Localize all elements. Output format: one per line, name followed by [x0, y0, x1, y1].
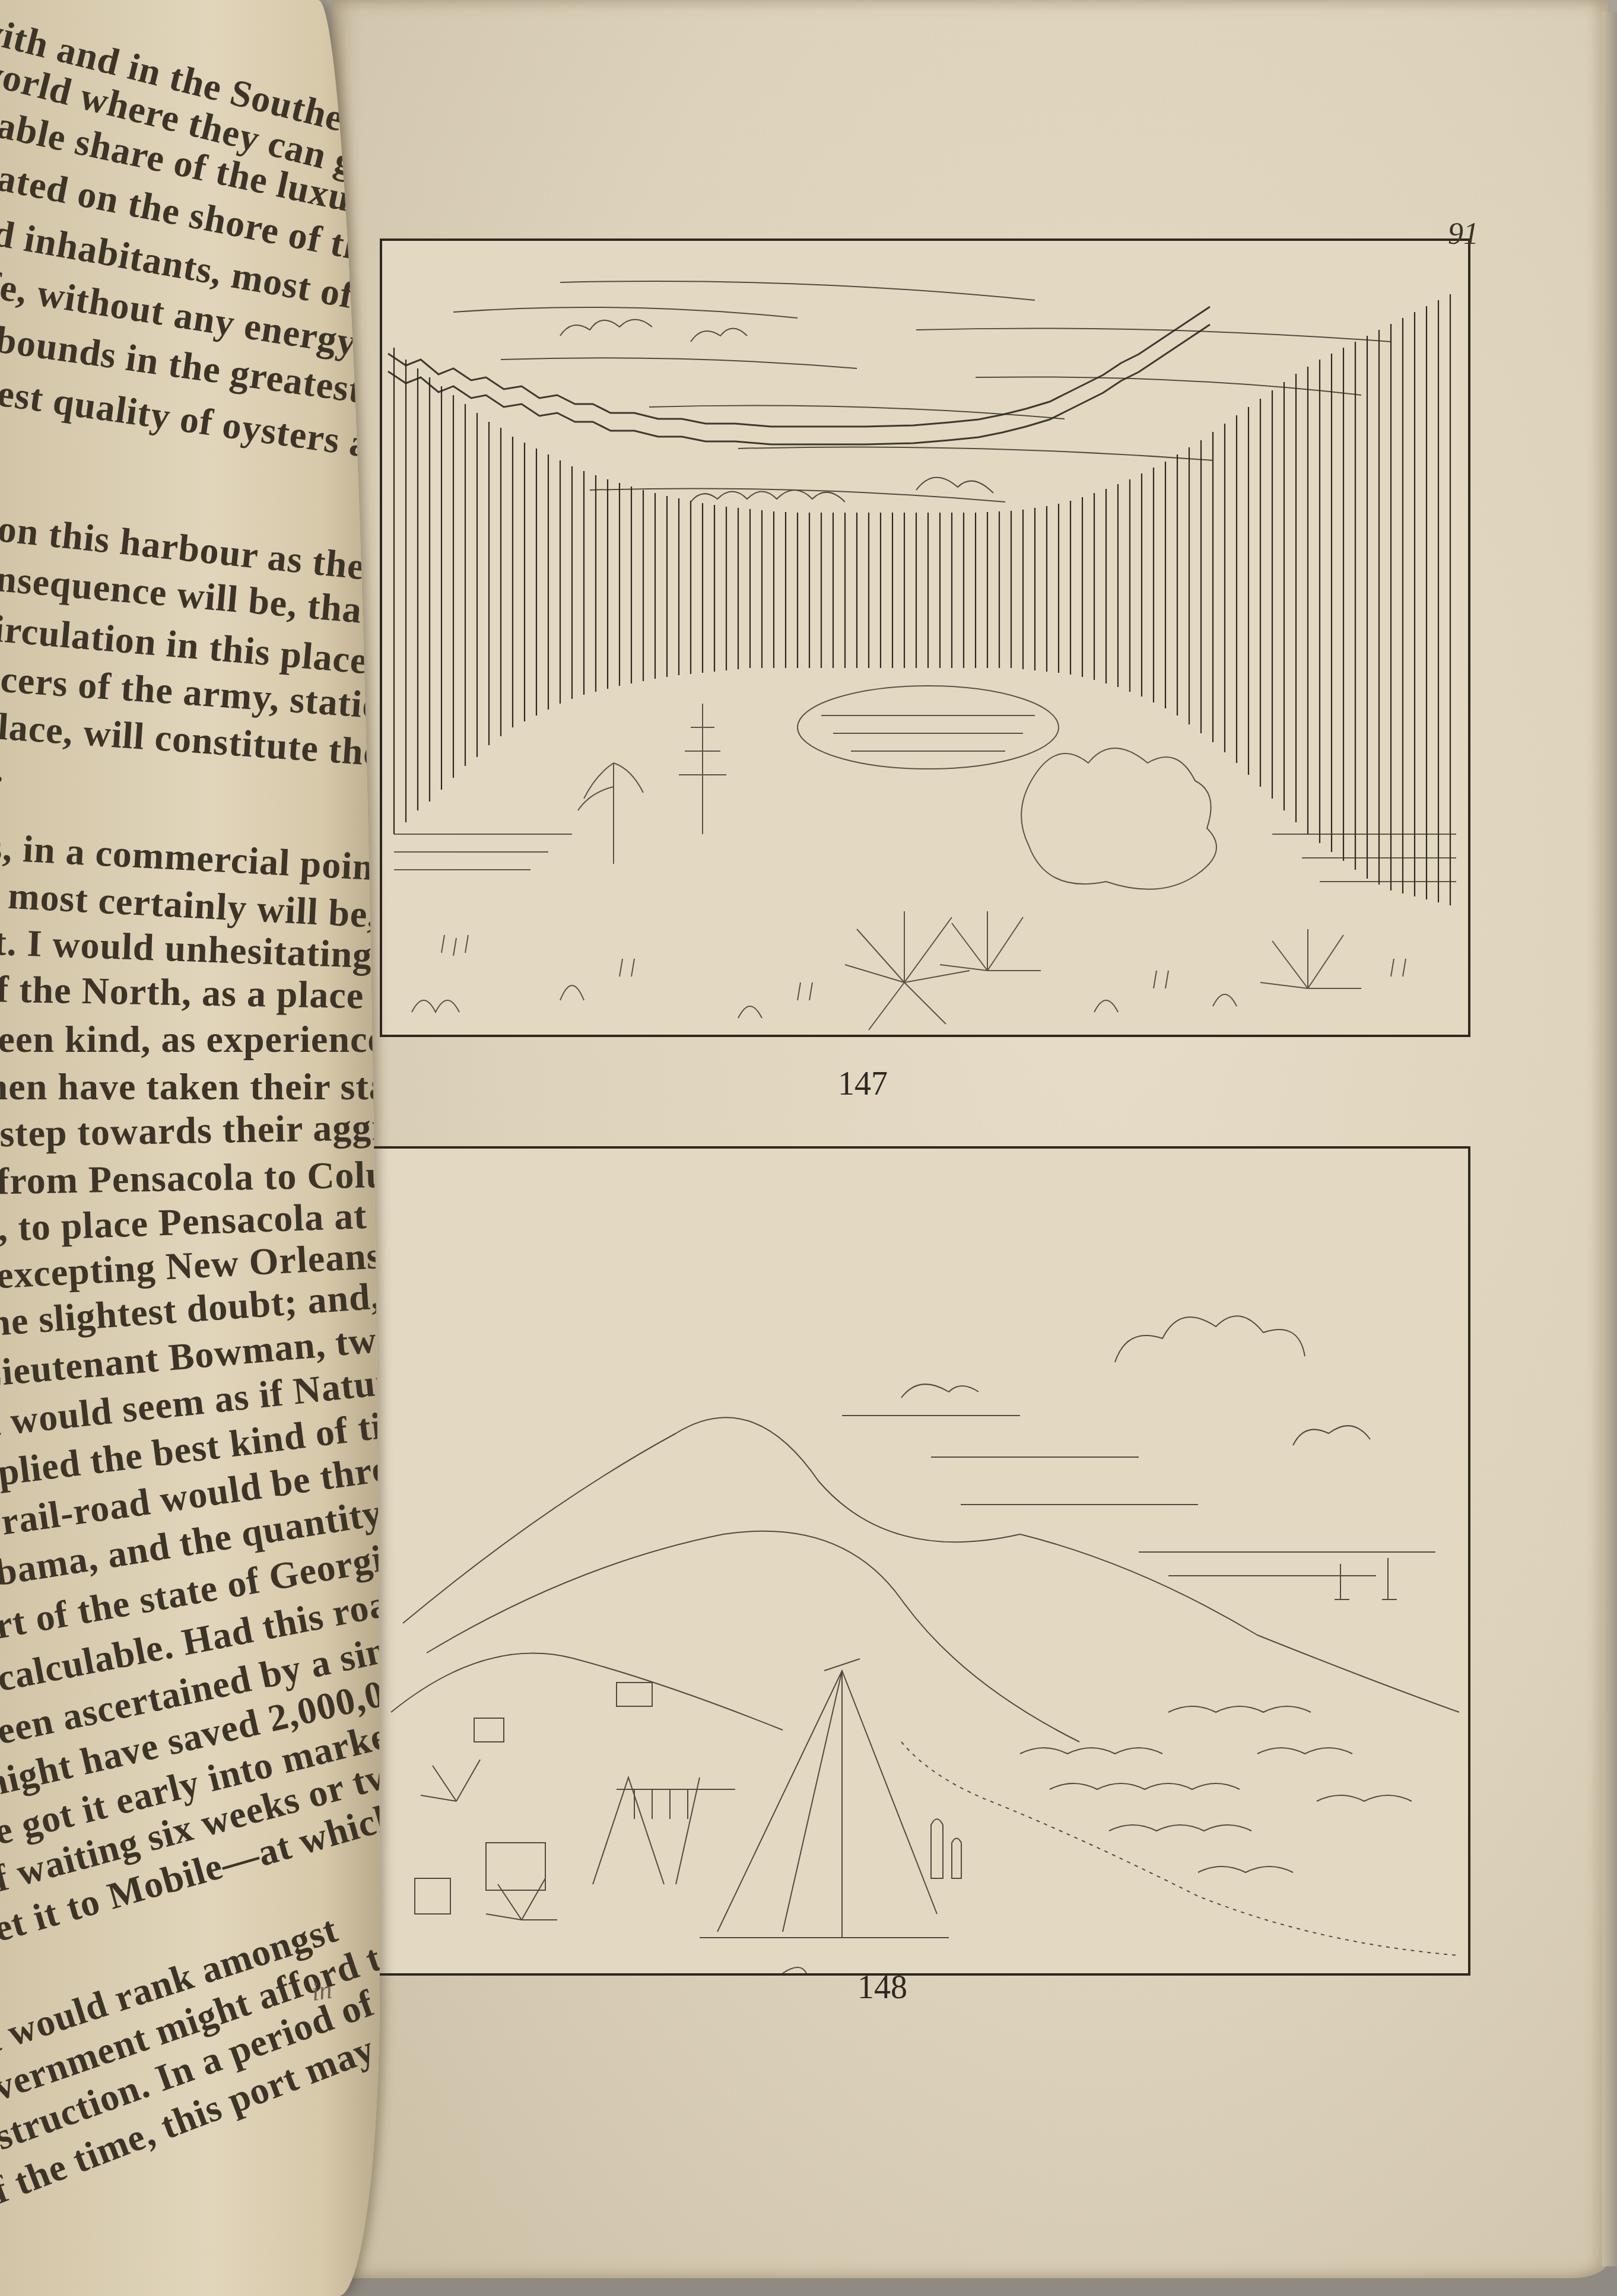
text-line: t step towards their aggrandizement: [0, 1102, 380, 1156]
page-edge: [1602, 12, 1617, 2266]
plate-147-illustration: [380, 238, 1470, 1037]
text-line: y.: [0, 748, 4, 791]
left-text-page: with and in the Southernworld where they…: [0, 0, 380, 2296]
plate-147-caption: 147: [838, 1065, 888, 1103]
text-line: men have taken their stand here: [0, 1065, 380, 1109]
page-number: 91: [1448, 217, 1479, 252]
text-line: of the North, as a place where: [0, 967, 380, 1020]
pencil-annotation: in: [310, 1974, 334, 2007]
plate-148-illustration: [365, 1146, 1470, 1976]
pine-forest-engraving: [382, 241, 1468, 1035]
text-line: been kind, as experience has: [0, 1017, 380, 1061]
plate-148-caption: 148: [857, 1969, 907, 2006]
coastal-camp-engraving: [367, 1149, 1468, 1973]
